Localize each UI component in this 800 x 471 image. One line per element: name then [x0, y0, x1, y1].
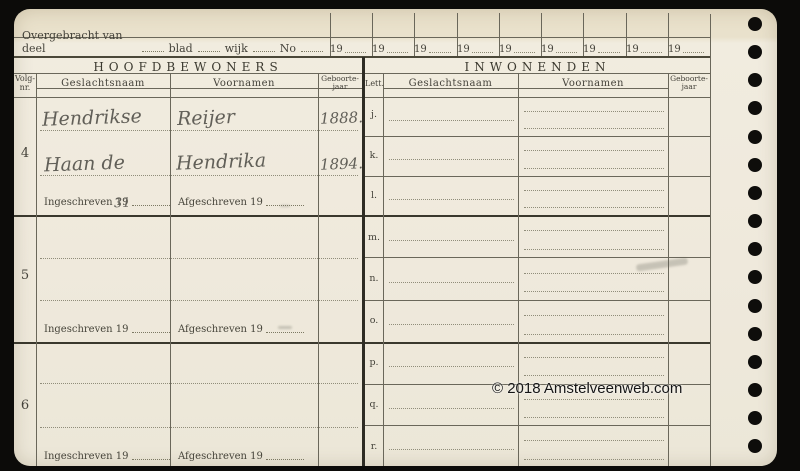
column-header-voornamen-left: Voornamen: [170, 78, 318, 89]
column-header-voornamen-right: Voornamen: [518, 78, 668, 89]
column-header-geboortejaar-right: Geboorte- jaar: [668, 75, 710, 92]
punch-hole: [748, 299, 762, 313]
year-cell: 19: [330, 40, 372, 55]
dotted-fill: [301, 51, 323, 52]
writing-line: [524, 357, 664, 358]
punch-hole: [748, 186, 762, 200]
year-cell: 19: [457, 40, 499, 55]
year-cell: 19: [668, 40, 710, 55]
year-cell: 19: [583, 40, 626, 55]
year-label: 19: [583, 45, 596, 55]
writing-line: [524, 128, 664, 129]
transfer-label-wijk: wijk: [225, 42, 248, 55]
letter-label-p: p.: [365, 357, 383, 368]
writing-line: [389, 408, 514, 409]
writing-line: [389, 240, 514, 241]
writing-line: [524, 111, 664, 112]
divider: [365, 136, 710, 137]
dotted-fill: [198, 51, 220, 52]
writing-line: [524, 230, 664, 231]
punch-hole: [748, 73, 762, 87]
punch-hole: [748, 214, 762, 228]
writing-line: [40, 130, 358, 131]
dotted-fill: [641, 52, 662, 53]
divider: [365, 425, 710, 426]
divider: [518, 73, 519, 466]
population-register-card: Overgebracht van deel blad wijk No 19 19…: [14, 9, 777, 466]
writing-line: [389, 159, 514, 160]
punch-hole: [748, 158, 762, 172]
writing-line: [524, 249, 664, 250]
afgeschreven-label: Afgeschreven 19: [178, 197, 263, 208]
pencil-smudge: [280, 205, 290, 207]
column-header-text: jaar: [682, 82, 697, 91]
handwritten-ingeschreven-year: 31: [114, 197, 131, 211]
handwritten-birthyear-1: 1888.: [320, 110, 363, 126]
writing-line: [524, 417, 664, 418]
year-cell: 19: [414, 40, 457, 55]
writing-line: [524, 273, 664, 274]
dotted-fill: [514, 52, 535, 53]
punch-hole: [748, 439, 762, 453]
dotted-fill: [142, 51, 164, 52]
letter-label-l: l.: [365, 190, 383, 201]
ingeschreven-row-5: Ingeschreven 19: [44, 324, 170, 335]
column-header-text: jaar: [333, 82, 348, 91]
writing-line: [524, 399, 664, 400]
row-number-4: 4: [14, 147, 36, 161]
ingeschreven-label: Ingeschreven 19: [44, 324, 129, 335]
divider: [365, 176, 710, 177]
dotted-fill: [387, 52, 408, 53]
writing-line: [40, 383, 358, 384]
year-label: 19: [414, 45, 427, 55]
punch-hole: [748, 242, 762, 256]
dotted-fill: [266, 332, 304, 333]
transfer-label-deel: Overgebracht van deel: [22, 29, 137, 55]
letter-label-o: o.: [365, 315, 383, 326]
section-title-hoofdbewoners: HOOFDBEWONERS: [14, 60, 362, 74]
ingeschreven-row-4: Ingeschreven 19: [44, 197, 170, 208]
punch-hole: [748, 130, 762, 144]
writing-line: [524, 168, 664, 169]
writing-line: [389, 282, 514, 283]
punch-hole: [748, 355, 762, 369]
writing-line: [524, 334, 664, 335]
year-label: 19: [541, 45, 554, 55]
punch-hole: [748, 383, 762, 397]
writing-line: [524, 375, 664, 376]
divider: [365, 300, 710, 301]
year-cell: 19: [499, 40, 541, 55]
writing-line: [40, 175, 358, 176]
divider: [170, 73, 171, 466]
year-label: 19: [499, 45, 512, 55]
writing-line: [40, 258, 358, 259]
transfer-label-no: No: [280, 42, 296, 55]
punch-hole: [748, 45, 762, 59]
afgeschreven-label: Afgeschreven 19: [178, 451, 263, 462]
writing-line: [524, 291, 664, 292]
dotted-fill: [132, 459, 170, 460]
dotted-fill: [472, 52, 493, 53]
letter-label-k: k.: [365, 150, 383, 161]
column-header-text: Volg-: [15, 74, 35, 83]
column-header-volgnr: Volg- nr.: [14, 75, 36, 93]
writing-line: [524, 190, 664, 191]
punch-hole: [748, 101, 762, 115]
writing-line: [389, 324, 514, 325]
letter-label-n: n.: [365, 273, 383, 284]
row-number-6: 6: [14, 399, 36, 413]
year-cell: 19: [541, 40, 583, 55]
writing-line: [524, 315, 664, 316]
pencil-smudge: [636, 257, 688, 271]
column-header-geslachtsnaam-right: Geslachtsnaam: [383, 78, 518, 89]
divider: [668, 73, 669, 466]
writing-line: [389, 449, 514, 450]
writing-line: [524, 440, 664, 441]
year-label: 19: [668, 45, 681, 55]
divider: [318, 73, 319, 466]
divider: [36, 73, 37, 466]
dotted-fill: [429, 52, 451, 53]
dotted-fill: [556, 52, 577, 53]
writing-line: [524, 150, 664, 151]
column-header-geboortejaar-left: Geboorte- jaar: [318, 75, 362, 92]
year-label: 19: [372, 45, 385, 55]
dotted-fill: [253, 51, 275, 52]
dotted-fill: [132, 205, 170, 206]
letter-label-j: j.: [365, 109, 383, 120]
handwritten-surname-1: Hendrikse: [42, 107, 142, 129]
copyright-watermark: © 2018 Amstelveenweb.com: [492, 380, 682, 397]
punch-hole: [748, 327, 762, 341]
section-title-inwonenden: INWONENDEN: [365, 60, 710, 74]
ingeschreven-label: Ingeschreven 19: [44, 451, 129, 462]
afgeschreven-label: Afgeschreven 19: [178, 324, 263, 335]
writing-line: [40, 300, 358, 301]
writing-line: [40, 427, 358, 428]
afgeschreven-row-6: Afgeschreven 19: [178, 451, 304, 462]
handwritten-firstname-2: Hendrika: [176, 151, 267, 173]
writing-line: [524, 459, 664, 460]
transfer-label-blad: blad: [169, 42, 193, 55]
year-label: 19: [626, 45, 639, 55]
ingeschreven-row-6: Ingeschreven 19: [44, 451, 170, 462]
pencil-smudge: [278, 326, 292, 329]
letter-label-r: r.: [365, 441, 383, 452]
writing-line: [389, 120, 514, 121]
dotted-fill: [266, 459, 304, 460]
divider: [383, 73, 384, 466]
punch-hole: [748, 17, 762, 31]
dotted-fill: [132, 332, 170, 333]
handwritten-surname-2: Haan de: [44, 154, 126, 176]
writing-line: [524, 207, 664, 208]
punch-hole: [748, 270, 762, 284]
dotted-fill: [345, 52, 366, 53]
dotted-fill: [683, 52, 704, 53]
column-header-text: nr.: [20, 83, 31, 92]
writing-line: [389, 366, 514, 367]
year-label: 19: [330, 45, 343, 55]
dotted-fill: [598, 52, 620, 53]
year-label: 19: [457, 45, 470, 55]
punch-hole: [748, 411, 762, 425]
column-header-geslachtsnaam-left: Geslachtsnaam: [36, 78, 170, 89]
divider: [365, 257, 710, 258]
writing-line: [389, 199, 514, 200]
year-cell: 19: [372, 40, 414, 55]
column-header-lett: Lett.: [365, 80, 383, 89]
handwritten-birthyear-2: 1894.: [320, 156, 363, 172]
letter-label-q: q.: [365, 399, 383, 410]
transfer-line: Overgebracht van deel blad wijk No: [22, 39, 328, 55]
year-cell: 19: [626, 40, 668, 55]
letter-label-m: m.: [365, 232, 383, 243]
row-number-5: 5: [14, 269, 36, 283]
handwritten-firstname-1: Reijer: [177, 108, 235, 129]
divider: [710, 14, 711, 466]
